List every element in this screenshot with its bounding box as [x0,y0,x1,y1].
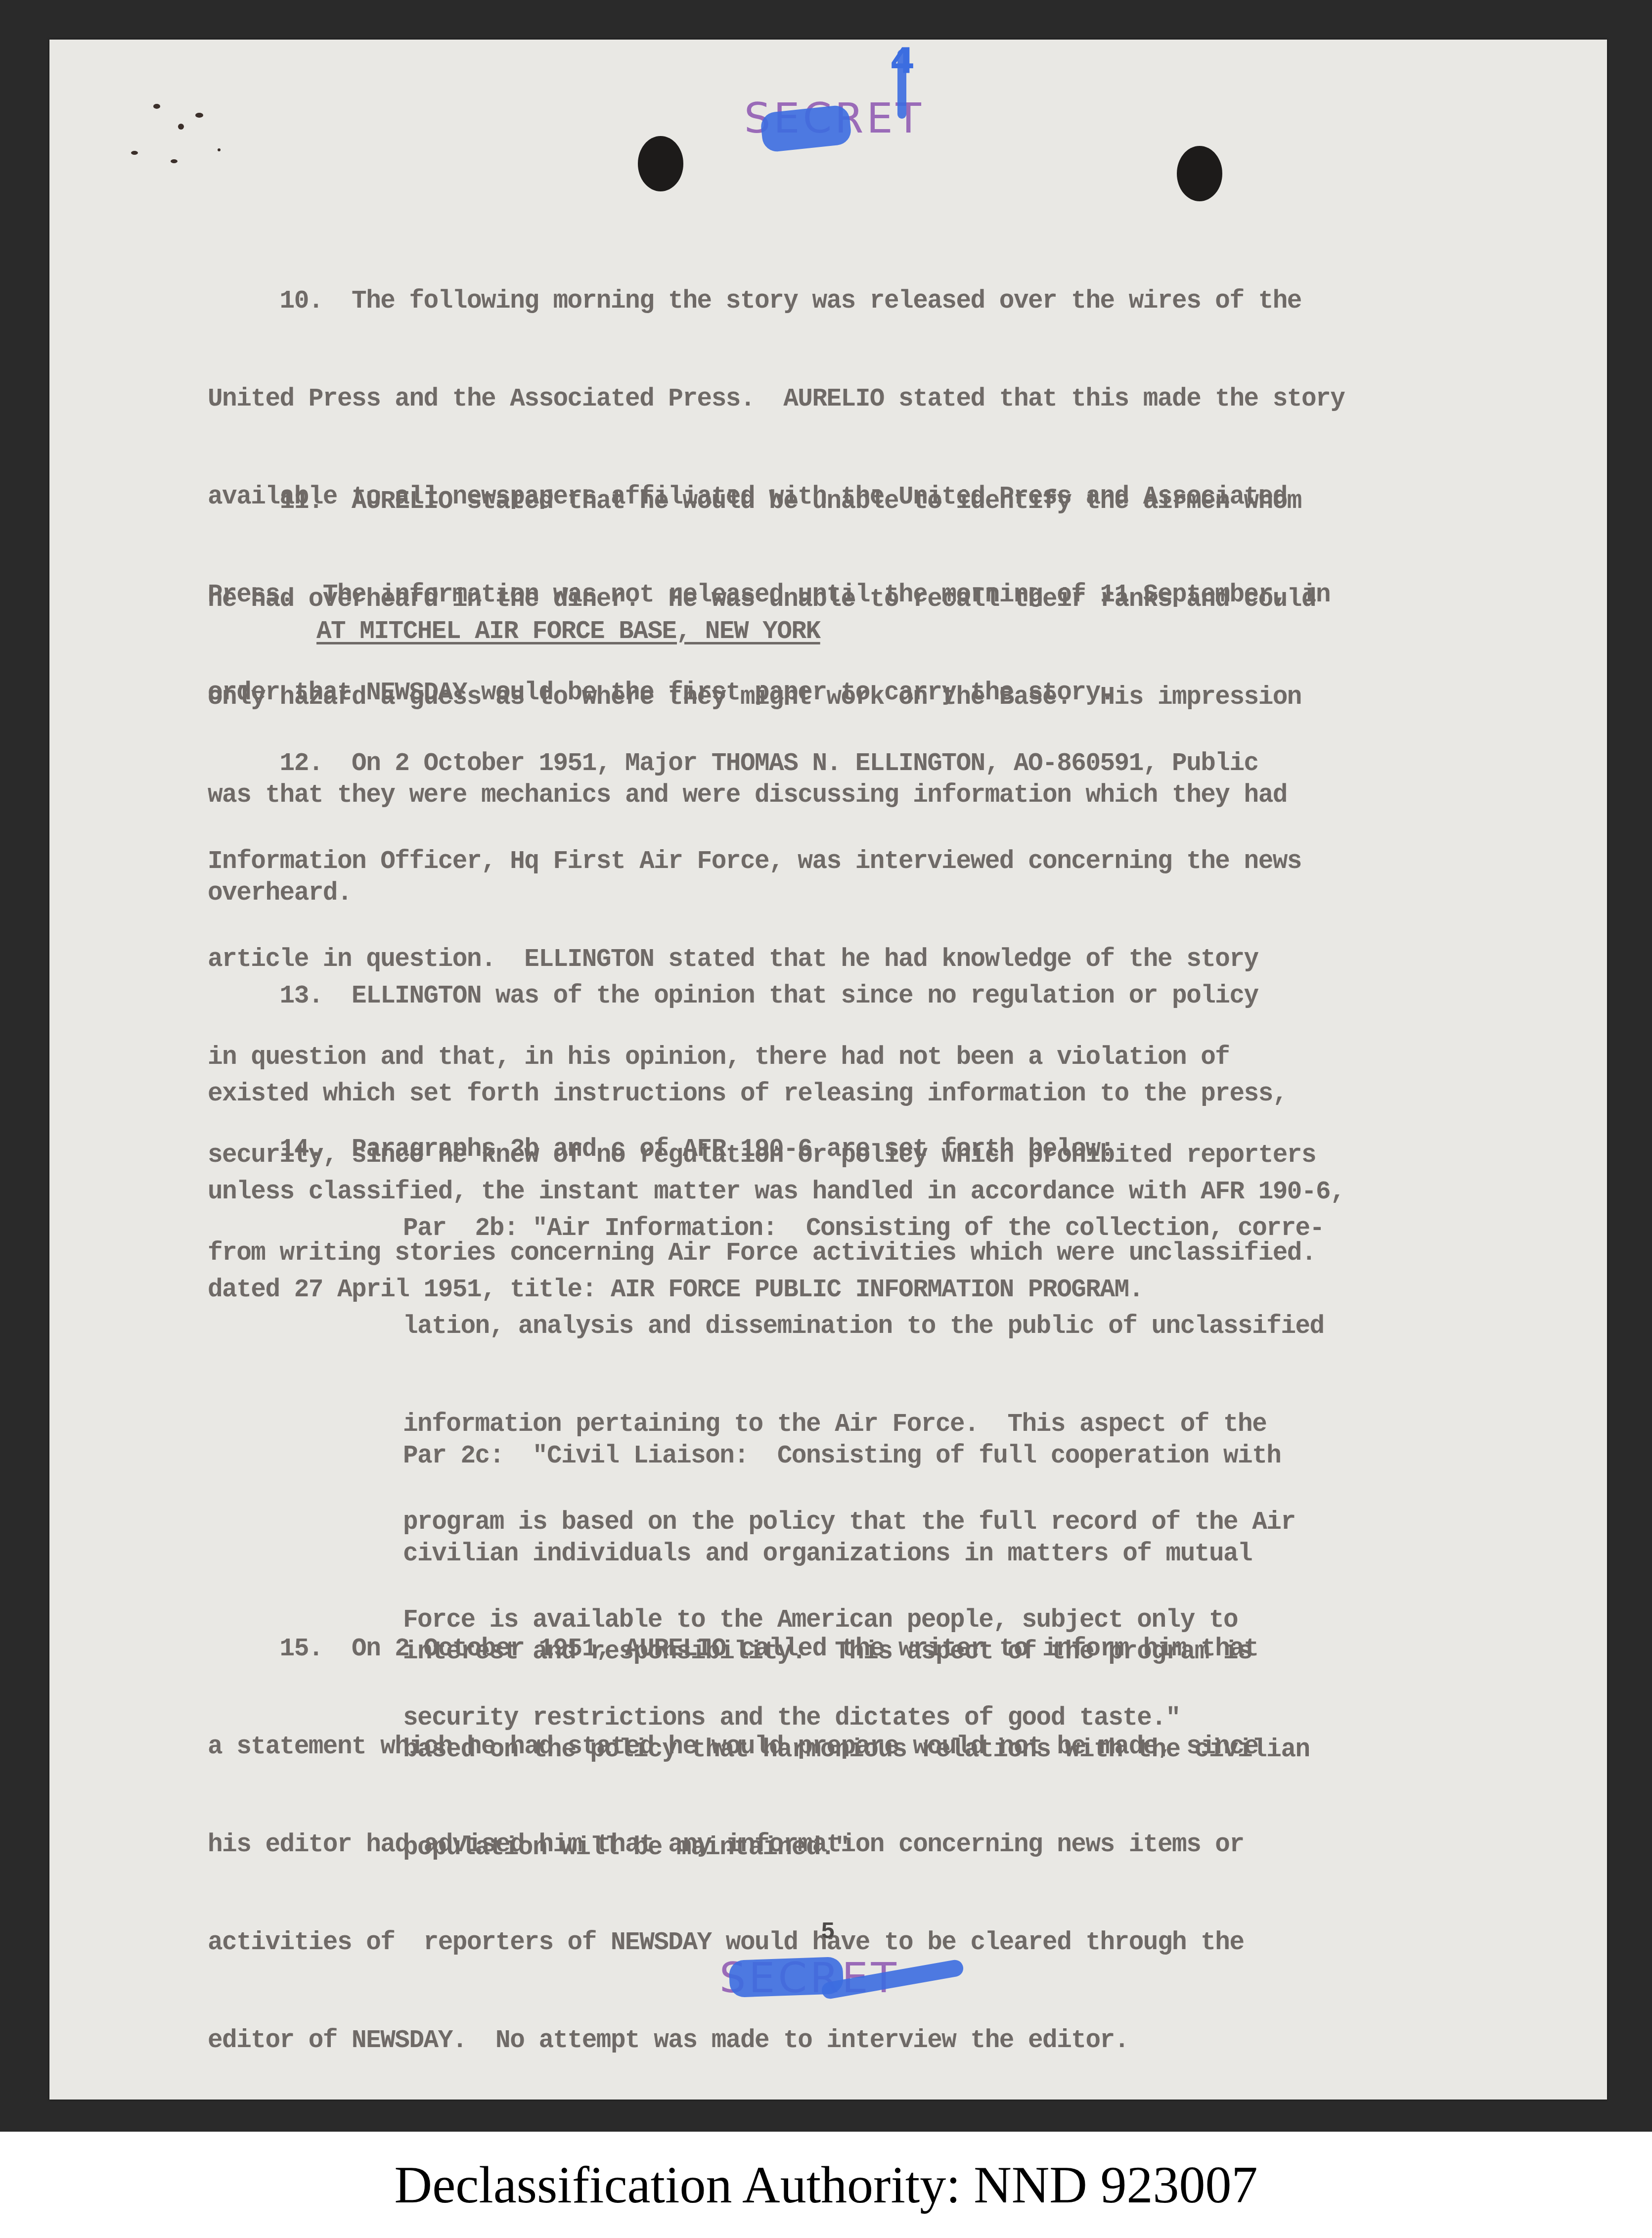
section-heading: AT MITCHEL AIR FORCE BASE, NEW YORK [316,616,820,648]
paper-debris-mark [131,151,138,155]
paragraph-line: he had overheard in the diner. He was un… [208,584,1543,616]
punch-hole-right [1177,146,1222,201]
quote-line: Par 2b: "Air Information: Consisting of … [403,1213,1491,1245]
paragraph-line: editor of NEWSDAY. No attempt was made t… [208,2025,1543,2057]
quote-line: civilian individuals and organizations i… [403,1538,1491,1571]
document-page: SECRET 4 10. The following morning the s… [49,40,1607,2100]
paragraph-line: 10. The following morning the story was … [208,285,1543,318]
paragraph-line: 15. On 2 October 1951, AURELIO called th… [208,1633,1543,1666]
paragraph-line: United Press and the Associated Press. A… [208,383,1543,416]
page-number: 5 [821,1919,835,1946]
paragraph-line: Information Officer, Hq First Air Force,… [208,846,1543,878]
paragraph-line: 11. AURELIO stated that he would be unab… [208,486,1543,518]
declassification-authority-text: Declassification Authority: NND 923007 [395,2155,1258,2215]
paragraph-line: his editor had advised him that any info… [208,1829,1543,1862]
paper-debris-mark [178,124,184,130]
declassification-caption: Declassification Authority: NND 923007 [0,2132,1652,2238]
quote-line: Par 2c: "Civil Liaison: Consisting of fu… [403,1440,1491,1473]
quote-line: lation, analysis and dissemination to th… [403,1311,1491,1343]
paper-debris-mark [171,159,178,163]
paragraph-line: a statement which he had stated he would… [208,1731,1543,1764]
handwritten-page-mark: 4 [890,40,915,81]
paragraph-line: 13. ELLINGTON was of the opinion that si… [208,980,1543,1013]
punch-hole-left [638,136,683,191]
paper-debris-mark [195,113,203,118]
paragraph-15: 15. On 2 October 1951, AURELIO called th… [208,1568,1543,2123]
paragraph-line: 12. On 2 October 1951, Major THOMAS N. E… [208,748,1543,780]
paper-debris-mark [218,148,221,151]
paper-debris-mark [153,104,160,109]
